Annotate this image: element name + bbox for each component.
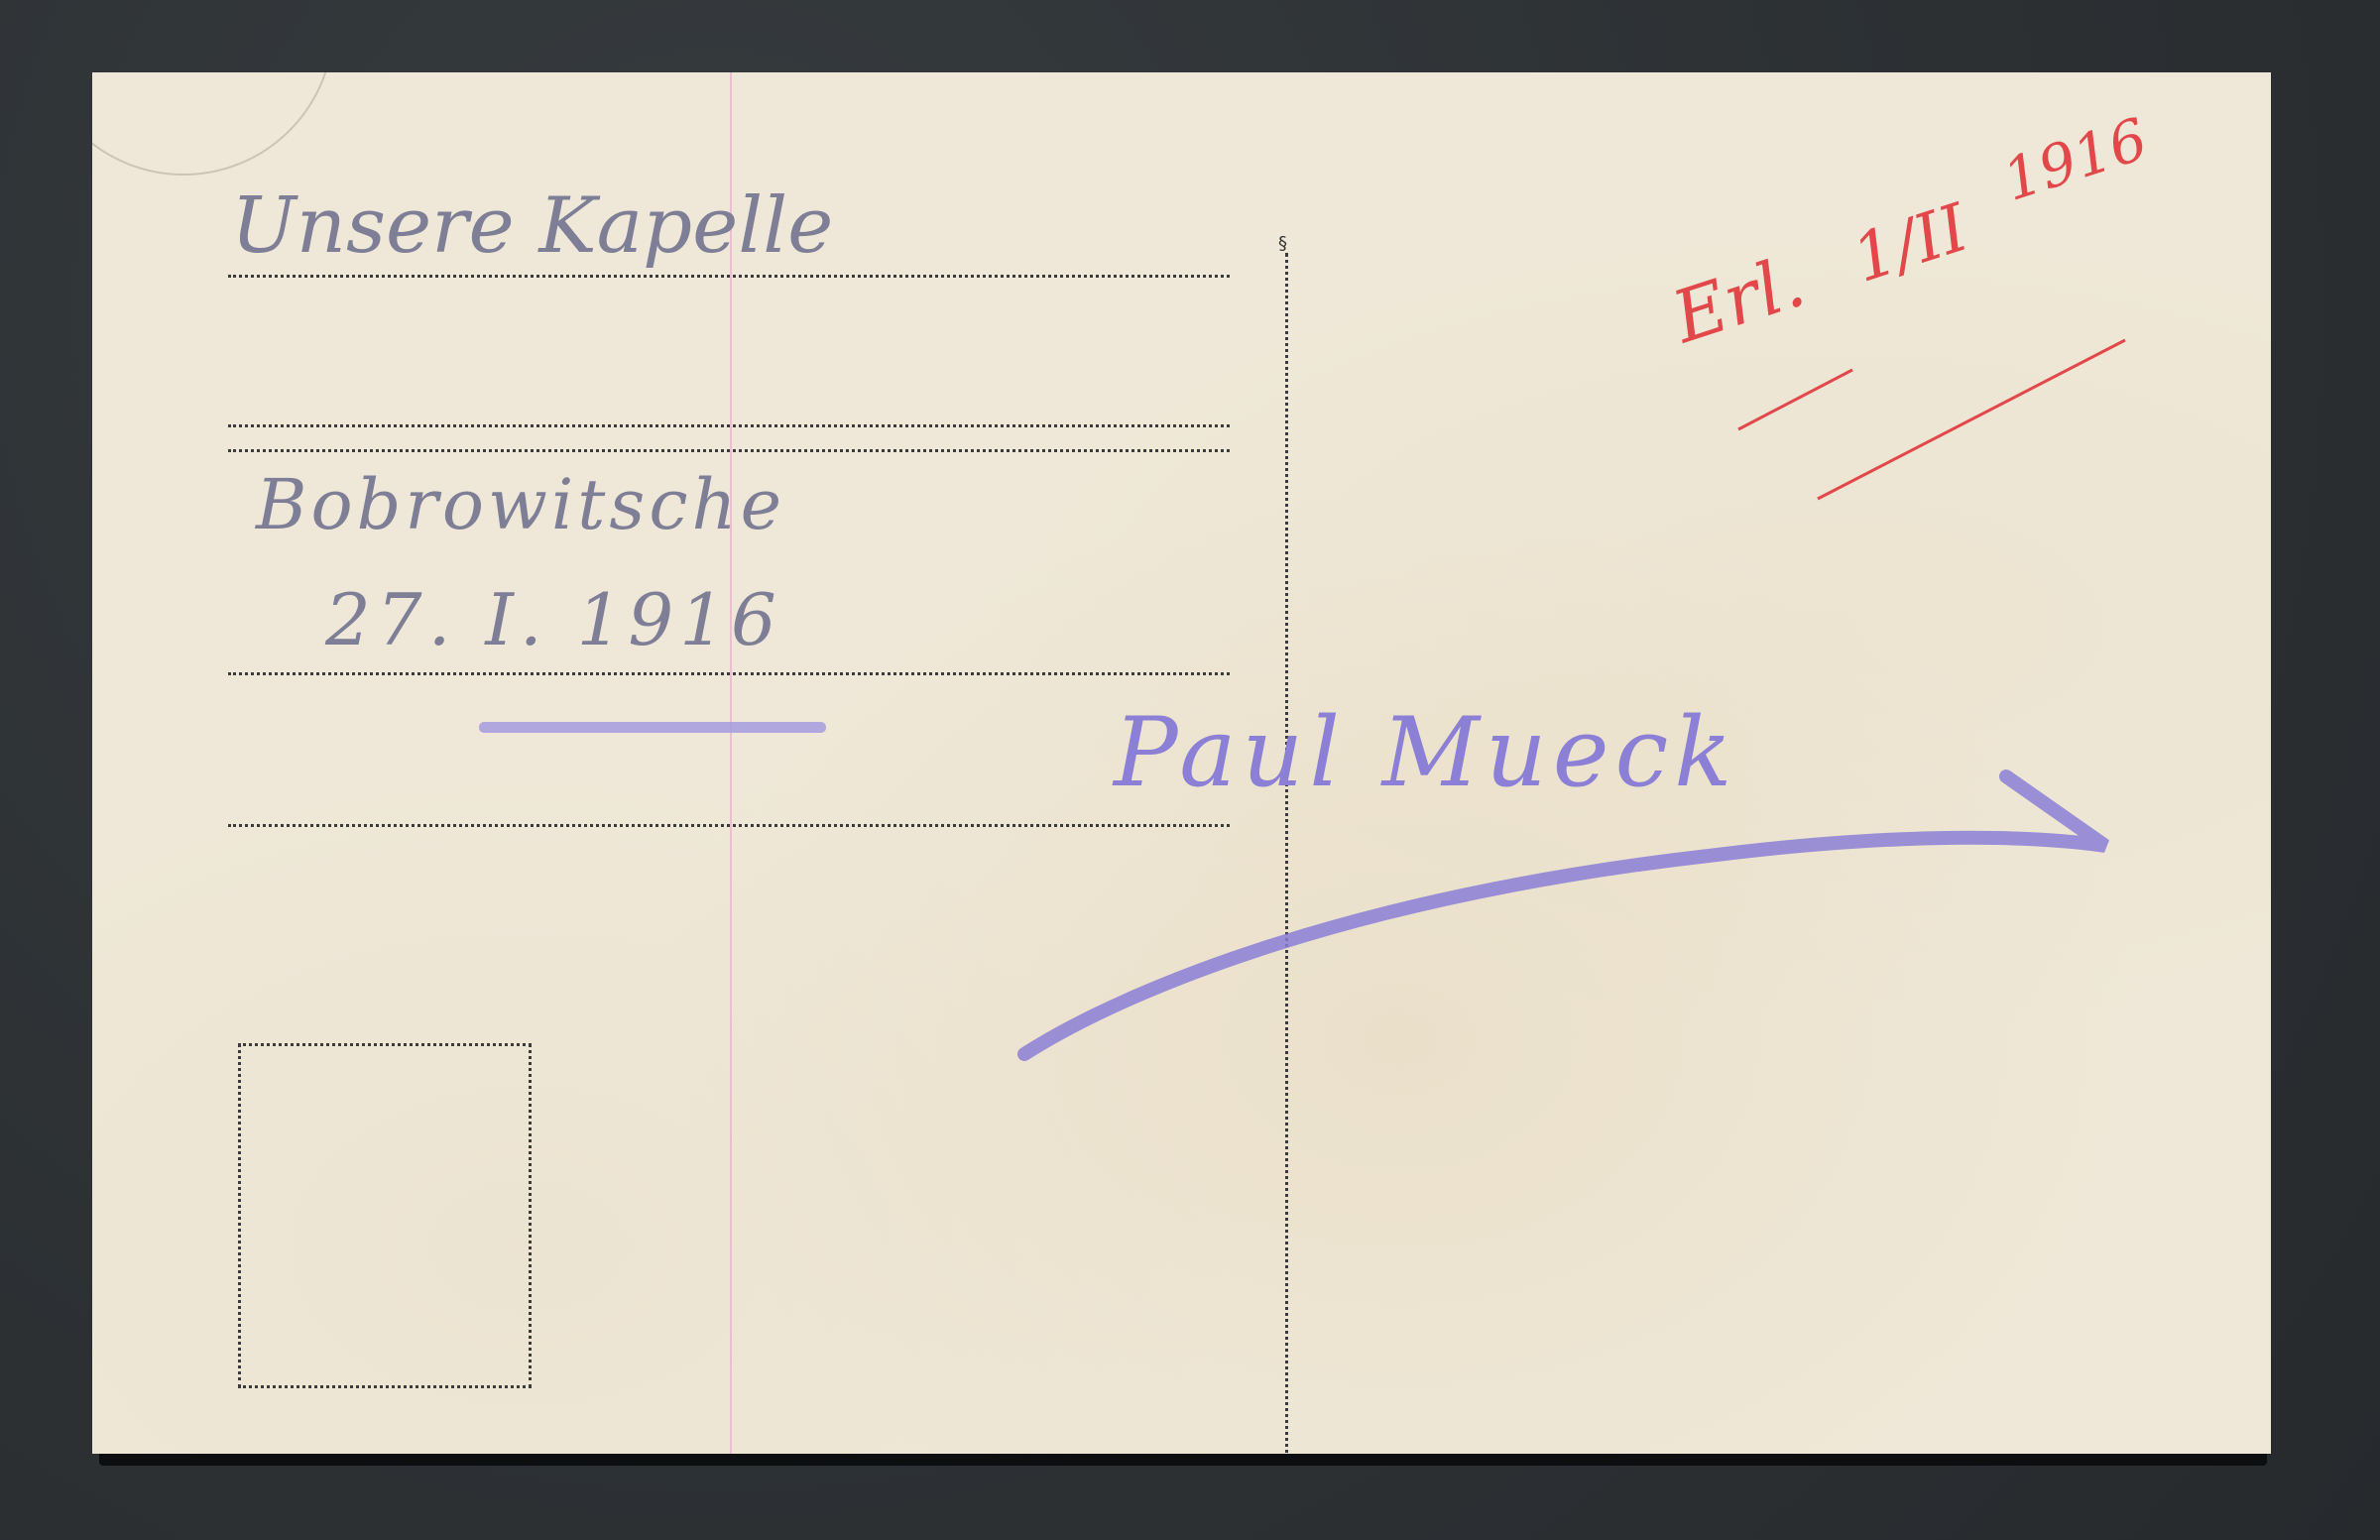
stamp-box bbox=[238, 1043, 532, 1388]
divider-mark: § bbox=[1278, 233, 1287, 254]
address-line-3 bbox=[228, 449, 1230, 452]
postcard: § Unsere Kapelle Bobrowitsche 27. I. 191… bbox=[92, 72, 2271, 1454]
violet-underline bbox=[479, 722, 826, 733]
address-line-2 bbox=[228, 424, 1230, 427]
annotation-year: 1916 bbox=[1995, 105, 2155, 214]
handwriting-unsere-kapelle: Unsere Kapelle bbox=[231, 181, 833, 271]
handwriting-place: Bobrowitsche bbox=[256, 464, 785, 545]
annotation-underlines bbox=[1728, 261, 2224, 509]
handwriting-date: 27. I. 1916 bbox=[325, 578, 782, 661]
address-line-4 bbox=[228, 672, 1230, 675]
paper-crease bbox=[92, 72, 334, 176]
signature-flourish bbox=[1014, 737, 2145, 1064]
address-line-1 bbox=[228, 275, 1230, 278]
margin-line bbox=[730, 72, 732, 1454]
